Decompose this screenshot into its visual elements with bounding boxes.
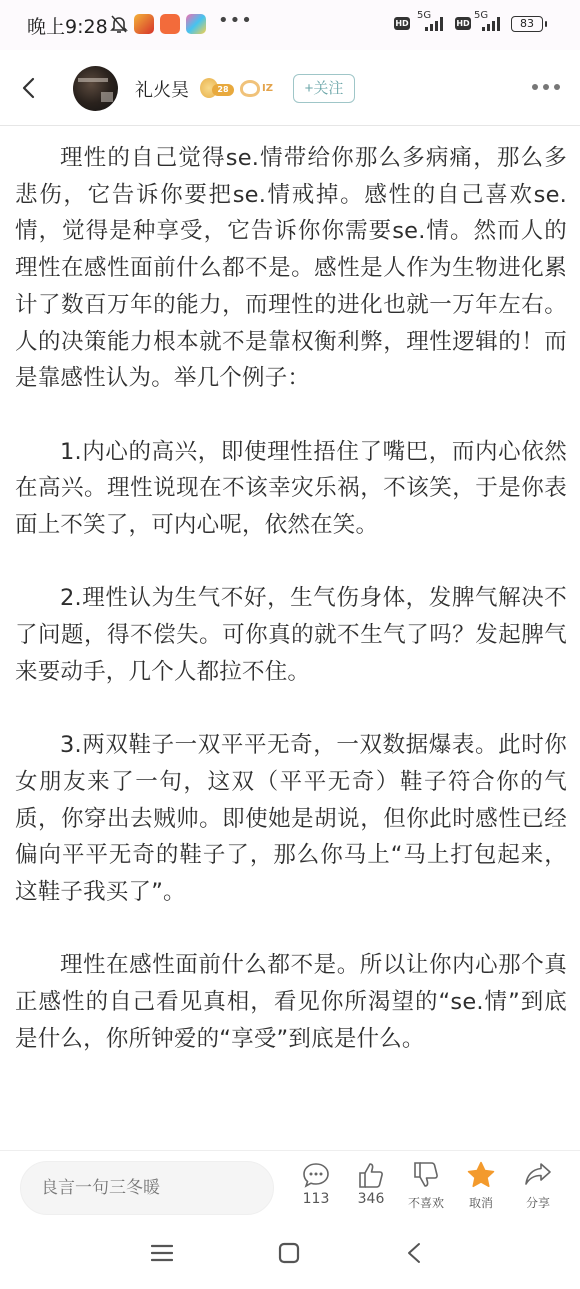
- thumbs-up-icon: [356, 1161, 386, 1189]
- article-paragraph: 3.两双鞋子一双平平无奇，一双数据爆表。此时你女朋友来了一句，这双（平平无奇）鞋…: [15, 727, 567, 911]
- game-app-icon: [186, 14, 206, 34]
- system-nav-bar: [0, 1222, 580, 1289]
- more-notifications-icon: •••: [218, 10, 253, 31]
- post-header: 礼火昊 28 IZ +关注: [0, 50, 580, 126]
- star-icon: [466, 1161, 496, 1189]
- favorite-label: 取消: [454, 1194, 508, 1211]
- article-paragraph: 理性在感性面前什么都不是。所以让你内心那个真正感性的自己看见真相，看见你所渴望的…: [15, 947, 567, 1057]
- bell-off-icon: [110, 14, 128, 34]
- status-time: 晚上9:28: [27, 12, 108, 39]
- action-bar: 113 346 不喜欢 取消 分享: [0, 1150, 580, 1222]
- iz-badge: IZ: [240, 78, 280, 98]
- comment-input[interactable]: [20, 1161, 274, 1215]
- like-button[interactable]: 346: [344, 1161, 398, 1217]
- dislike-label: 不喜欢: [399, 1194, 453, 1211]
- like-count: 346: [344, 1191, 398, 1207]
- hd-icon: HD: [394, 17, 410, 30]
- favorite-button[interactable]: 取消: [454, 1161, 508, 1217]
- status-bar: 晚上9:28 ••• HD 5G HD 5G 83: [0, 0, 580, 50]
- share-icon: [523, 1161, 553, 1189]
- comment-button[interactable]: 113: [289, 1161, 343, 1217]
- thumbs-down-icon: [411, 1161, 441, 1189]
- chevron-left-icon[interactable]: [18, 76, 40, 100]
- follow-button[interactable]: +关注: [293, 74, 355, 103]
- signal-icon: [482, 17, 500, 31]
- username[interactable]: 礼火昊: [135, 76, 189, 102]
- taobao-app-icon: [134, 14, 154, 34]
- share-label: 分享: [511, 1194, 565, 1211]
- menu-icon[interactable]: [151, 1242, 173, 1264]
- article-body: 理性的自己觉得se.情带给你那么多病痛，那么多悲伤，它告诉你要把se.情戒掉。感…: [15, 140, 567, 1094]
- article-paragraph: 2.理性认为生气不好，生气伤身体，发脾气解决不了问题，得不偿失。可你真的就不生气…: [15, 580, 567, 690]
- level-badge: 28: [200, 78, 234, 98]
- article-paragraph: 1.内心的高兴，即使理性捂住了嘴巴，而内心依然在高兴。理性说现在不该幸灾乐祸，不…: [15, 434, 567, 544]
- ellipsis-icon[interactable]: [532, 84, 560, 90]
- comment-icon: [301, 1161, 331, 1189]
- orange-app-icon: [160, 14, 180, 34]
- share-button[interactable]: 分享: [511, 1161, 565, 1217]
- signal-icon: [425, 17, 443, 31]
- battery-icon: 83: [511, 16, 543, 32]
- comment-count: 113: [289, 1191, 343, 1207]
- article-paragraph: 理性的自己觉得se.情带给你那么多病痛，那么多悲伤，它告诉你要把se.情戒掉。感…: [15, 140, 567, 397]
- hd-icon: HD: [455, 17, 471, 30]
- avatar[interactable]: [73, 66, 118, 111]
- back-icon[interactable]: [404, 1242, 426, 1264]
- dislike-button[interactable]: 不喜欢: [399, 1161, 453, 1217]
- home-icon[interactable]: [278, 1242, 300, 1264]
